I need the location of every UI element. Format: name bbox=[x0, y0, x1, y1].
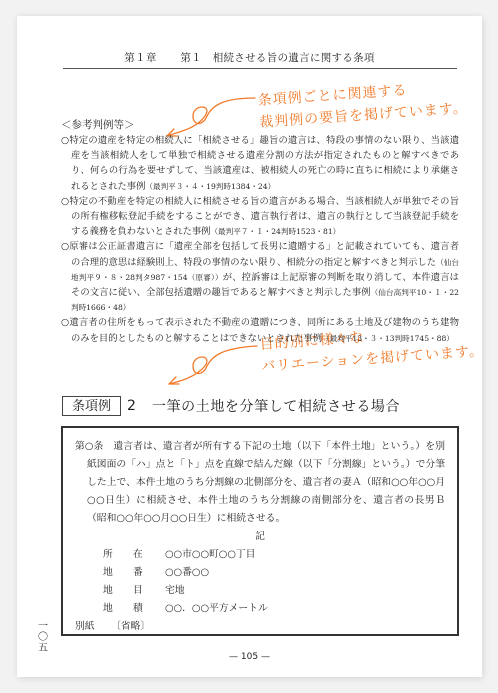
annotation-note-precedents: 条項例ごとに関連する 裁判例の要旨を掲げています。 bbox=[257, 75, 468, 133]
property-key: 所 bbox=[103, 546, 133, 564]
case-text: ○原審は公正証書遺言に「遺産全部を包括して長男に遺贈する」と記載されていても、遺… bbox=[61, 241, 459, 267]
property-value: ○○．○○平方メートル bbox=[165, 600, 268, 618]
property-row-area: 地 積 ○○．○○平方メートル bbox=[75, 600, 445, 618]
example-number: 2 bbox=[127, 398, 136, 414]
property-key: 地 bbox=[103, 600, 133, 618]
references-heading: ＜参考判例等＞ bbox=[61, 117, 135, 132]
case-citation: （最判平13・３・13判時1745・88） bbox=[322, 334, 454, 343]
reference-case: ○特定の不動産を特定の相続人に相続させる旨の遺言がある場合、当該相続人が単独でそ… bbox=[61, 194, 459, 240]
property-row-location: 所 在 ○○市○○町○○丁目 bbox=[75, 546, 445, 564]
document-page: 第１章 第１ 相続させる旨の遺言に関する条項 条項例ごとに関連する 裁判例の要旨… bbox=[17, 16, 482, 677]
case-citation: （最判平３・４・19判時1384・24） bbox=[145, 182, 275, 191]
property-key: 積 bbox=[133, 600, 165, 618]
attachment-row: 別紙 〔省略〕 bbox=[75, 618, 445, 636]
example-heading: 条項例 2 一筆の土地を分筆して相続させる場合 bbox=[62, 396, 400, 416]
property-key: 目 bbox=[133, 582, 165, 600]
reference-case: ○遺言者の住所をもって表示された不動産の遺贈につき、同所にある土地及び建物のうち… bbox=[61, 315, 459, 345]
clause-box: 第○条 遺言者は、遺言者が所有する下記の土地（以下「本件土地」という。）を別紙図… bbox=[61, 426, 459, 636]
attachment-value: 〔省略〕 bbox=[111, 618, 150, 636]
property-row-land-category: 地 目 宅地 bbox=[75, 582, 445, 600]
property-value: ○○市○○町○○丁目 bbox=[165, 546, 255, 564]
chapter-label: 第１章 bbox=[124, 52, 156, 64]
property-key: 在 bbox=[133, 546, 165, 564]
property-value: ○○番○○ bbox=[165, 564, 209, 582]
property-key: 地 bbox=[103, 582, 133, 600]
example-tag: 条項例 bbox=[62, 396, 121, 416]
reference-case: ○特定の遺産を特定の相続人に「相続させる」趣旨の遺言は、特段の事情のない限り、当… bbox=[61, 133, 459, 194]
page-number: — 105 — bbox=[17, 652, 482, 662]
attachment-label: 別紙 bbox=[75, 618, 111, 636]
clause-text: 第○条 遺言者は、遺言者が所有する下記の土地（以下「本件土地」という。）を別紙図… bbox=[75, 438, 445, 528]
property-row-lot-number: 地 番 ○○番○○ bbox=[75, 564, 445, 582]
section-label: 第１ 相続させる旨の遺言に関する条項 bbox=[180, 52, 374, 64]
case-citation: （最判平７・１・24判時1523・81） bbox=[210, 227, 340, 236]
property-value: 宅地 bbox=[165, 582, 185, 600]
header-rule bbox=[63, 68, 457, 69]
property-key: 地 bbox=[103, 564, 133, 582]
running-head: 第１章 第１ 相続させる旨の遺言に関する条項 bbox=[17, 50, 482, 65]
property-key: 番 bbox=[133, 564, 165, 582]
reference-case: ○原審は公正証書遺言に「遺産全部を包括して長男に遺贈する」と記載されていても、遺… bbox=[61, 239, 459, 315]
ki-label: 記 bbox=[75, 528, 445, 546]
example-title: 一筆の土地を分筆して相続させる場合 bbox=[152, 396, 400, 416]
reference-case-list: ○特定の遺産を特定の相続人に「相続させる」趣旨の遺言は、特段の事情のない限り、当… bbox=[61, 133, 459, 346]
side-page-number: 一〇五 bbox=[37, 621, 49, 654]
